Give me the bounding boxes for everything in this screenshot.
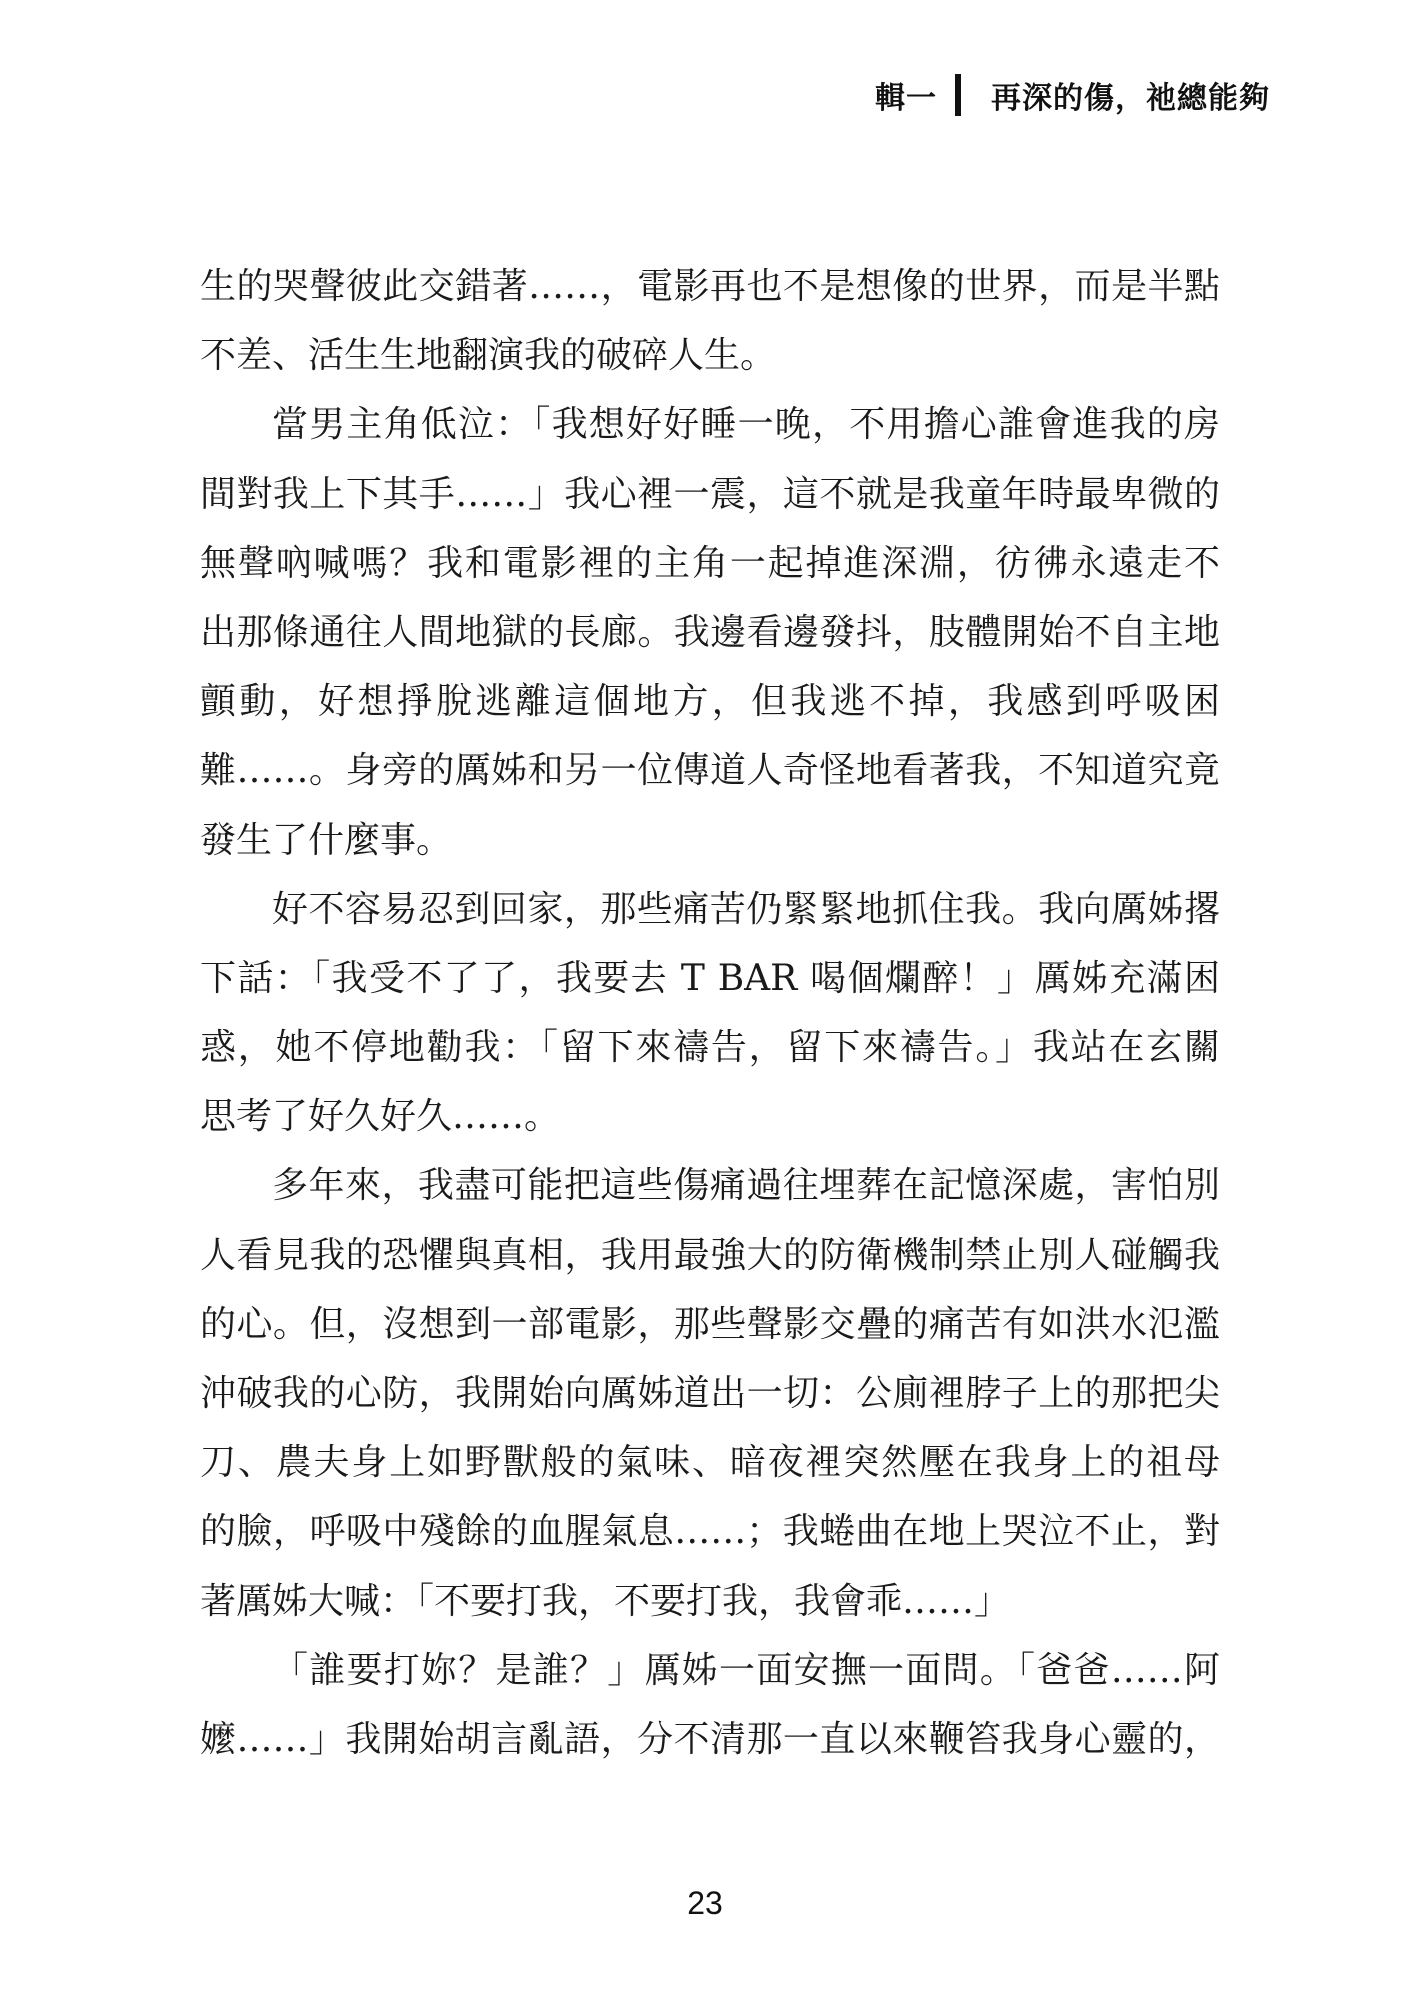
text-line: 間對我上下其手……」我心裡一震，這不就是我童年時最卑微的 bbox=[200, 460, 1220, 529]
text-line: 人看見我的恐懼與真相，我用最強大的防衛機制禁止別人碰觸我 bbox=[200, 1221, 1220, 1290]
text-line: 的臉，呼吸中殘餘的血腥氣息……；我蜷曲在地上哭泣不止，對 bbox=[200, 1497, 1220, 1566]
text-line: 生的哭聲彼此交錯著……，電影再也不是想像的世界，而是半點 bbox=[200, 252, 1220, 321]
text-line: 難……。身旁的厲姊和另一位傳道人奇怪地看著我，不知道究竟 bbox=[200, 736, 1220, 805]
text-line: 著厲姊大喊：「不要打我，不要打我，我會乖……」 bbox=[200, 1567, 1220, 1636]
text-line-paragraph-start: 多年來，我盡可能把這些傷痛過往埋葬在記憶深處，害怕別 bbox=[200, 1151, 1220, 1220]
running-header: 輯一 再深的傷，祂總能夠 bbox=[875, 70, 1270, 120]
text-line-paragraph-start: 當男主角低泣：「我想好好睡一晚，不用擔心誰會進我的房 bbox=[200, 390, 1220, 459]
text-line: 的心。但，沒想到一部電影，那些聲影交疊的痛苦有如洪水氾濫 bbox=[200, 1290, 1220, 1359]
text-line: 發生了什麼事。 bbox=[200, 806, 1220, 875]
text-line: 思考了好久好久……。 bbox=[200, 1082, 1220, 1151]
text-line: 顫動，好想掙脫逃離這個地方，但我逃不掉，我感到呼吸困 bbox=[200, 667, 1220, 736]
page-number: 23 bbox=[0, 1885, 1410, 1922]
text-line: 無聲吶喊嗎？我和電影裡的主角一起掉進深淵，彷彿永遠走不 bbox=[200, 529, 1220, 598]
chapter-title: 再深的傷，祂總能夠 bbox=[991, 73, 1270, 117]
text-line: 出那條通往人間地獄的長廊。我邊看邊發抖，肢體開始不自主地 bbox=[200, 598, 1220, 667]
text-line: 不差、活生生地翻演我的破碎人生。 bbox=[200, 321, 1220, 390]
part-label: 輯一 bbox=[875, 73, 937, 117]
text-line: 下話：「我受不了了，我要去 T BAR 喝個爛醉！」厲姊充滿困 bbox=[200, 944, 1220, 1013]
text-line: 惑，她不停地勸我：「留下來禱告，留下來禱告。」我站在玄關 bbox=[200, 1013, 1220, 1082]
text-line: 沖破我的心防，我開始向厲姊道出一切：公廁裡脖子上的那把尖 bbox=[200, 1359, 1220, 1428]
text-line-paragraph-start: 「誰要打妳？是誰？」厲姊一面安撫一面問。「爸爸……阿 bbox=[200, 1636, 1220, 1705]
text-line: 嬤……」我開始胡言亂語，分不清那一直以來鞭笞我身心靈的， bbox=[200, 1705, 1220, 1774]
text-line-paragraph-start: 好不容易忍到回家，那些痛苦仍緊緊地抓住我。我向厲姊撂 bbox=[200, 875, 1220, 944]
header-divider-bar bbox=[955, 74, 961, 116]
text-line: 刀、農夫身上如野獸般的氣味、暗夜裡突然壓在我身上的祖母 bbox=[200, 1428, 1220, 1497]
body-text: 生的哭聲彼此交錯著……，電影再也不是想像的世界，而是半點 不差、活生生地翻演我的… bbox=[200, 252, 1220, 1774]
